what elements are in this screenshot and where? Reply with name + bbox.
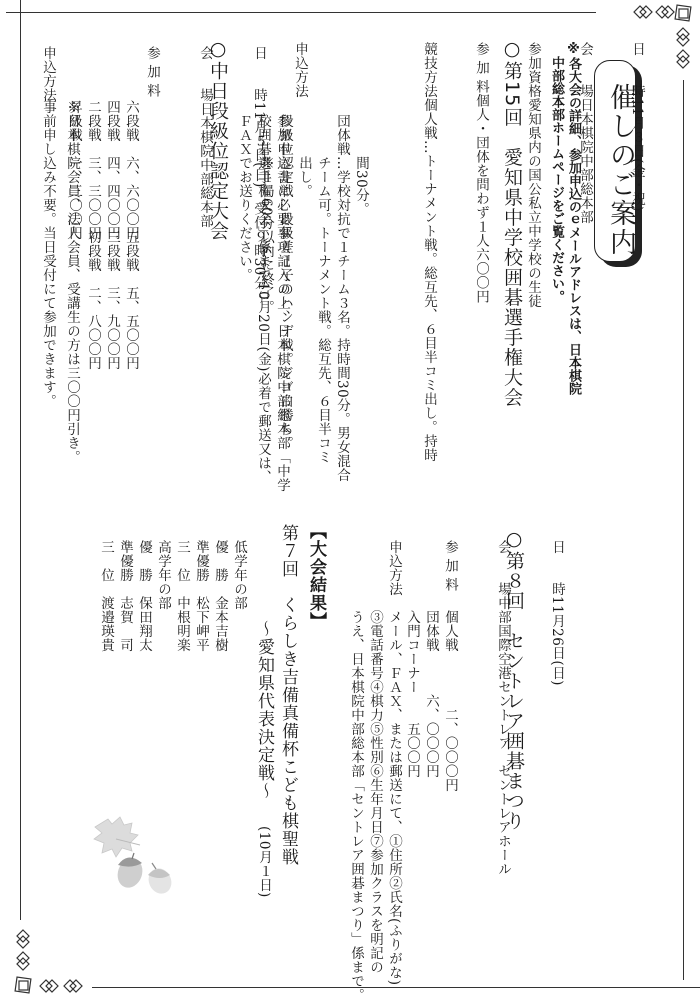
event2-fee-label: 参 加 料 bbox=[142, 46, 161, 98]
event1-row-method: 競技方法個人戦…トーナメント戦。総互先、６目半コミ出し。持時 bbox=[386, 42, 438, 462]
event3-apply-text: メール、ＦＡＸ、または郵送にて、①住所②氏名(ふりがな) ③電話番号④棋力⑤性別… bbox=[346, 610, 403, 1000]
event2-details: 日 時11月５日(日) 受付９時30分～ 会 場日本棋院中部総本部 bbox=[160, 46, 268, 304]
acorn-icon bbox=[114, 853, 147, 891]
results-date: (10月１日) bbox=[254, 826, 273, 898]
event1-row-fee: 参 加 料個人・団体を問わず１人六〇〇円 bbox=[438, 42, 490, 462]
event2-apply-text: 事前申し込み不要。当日受付にて参加できます。 bbox=[38, 100, 57, 408]
event1-row-date: 日 時11月３日(金・祝) bbox=[594, 42, 646, 462]
event3-details: 日 時11月26日(日) 会 場中部国際空港セントレア セントレアホール bbox=[458, 540, 566, 876]
results-title: 第７回 くらしき吉備真備杯こども棋聖戦 bbox=[276, 524, 300, 866]
event2-apply-label: 申込方法 bbox=[38, 46, 57, 102]
event2-fee-note: ※日本棋院会員、法人会員、受講生の方は三〇〇円引き。 bbox=[62, 100, 81, 464]
border-right-line bbox=[683, 80, 684, 980]
event1-row-venue: 会 場日本棋院中部総本部 bbox=[542, 42, 594, 462]
border-left-line bbox=[20, 0, 21, 920]
event1-apply-label: 申込方法 bbox=[290, 42, 309, 98]
event1-row-eligibility: 参加資格愛知県内の国公私立中学校の生徒 bbox=[490, 42, 542, 462]
event3-fee-label: 参 加 料 bbox=[440, 540, 459, 592]
results-subtitle: ～愛知県代表決定戦～ bbox=[252, 620, 276, 800]
leaf-and-acorns-illustration bbox=[90, 815, 190, 905]
event3-apply-label: 申込方法 bbox=[384, 540, 403, 596]
maple-leaf-icon bbox=[94, 817, 138, 857]
acorn-icon bbox=[145, 863, 176, 897]
results-label: 【大会結果】 bbox=[304, 522, 328, 630]
event3-fee-table: 個人戦 二、〇〇〇円 団体戦 六、〇〇〇円 入門コーナー 五〇〇円 bbox=[402, 610, 459, 792]
results-table: 低学年の部 優 勝金本吉樹 準優勝松下岬平 三 位中根明楽 高学年の部 優 勝保… bbox=[96, 540, 248, 652]
event1-details: 日 時11月３日(金・祝) 会 場日本棋院中部総本部 参加資格愛知県内の国公私立… bbox=[386, 42, 646, 462]
border-top-line bbox=[6, 12, 596, 13]
corner-ornament-icon bbox=[10, 922, 96, 998]
